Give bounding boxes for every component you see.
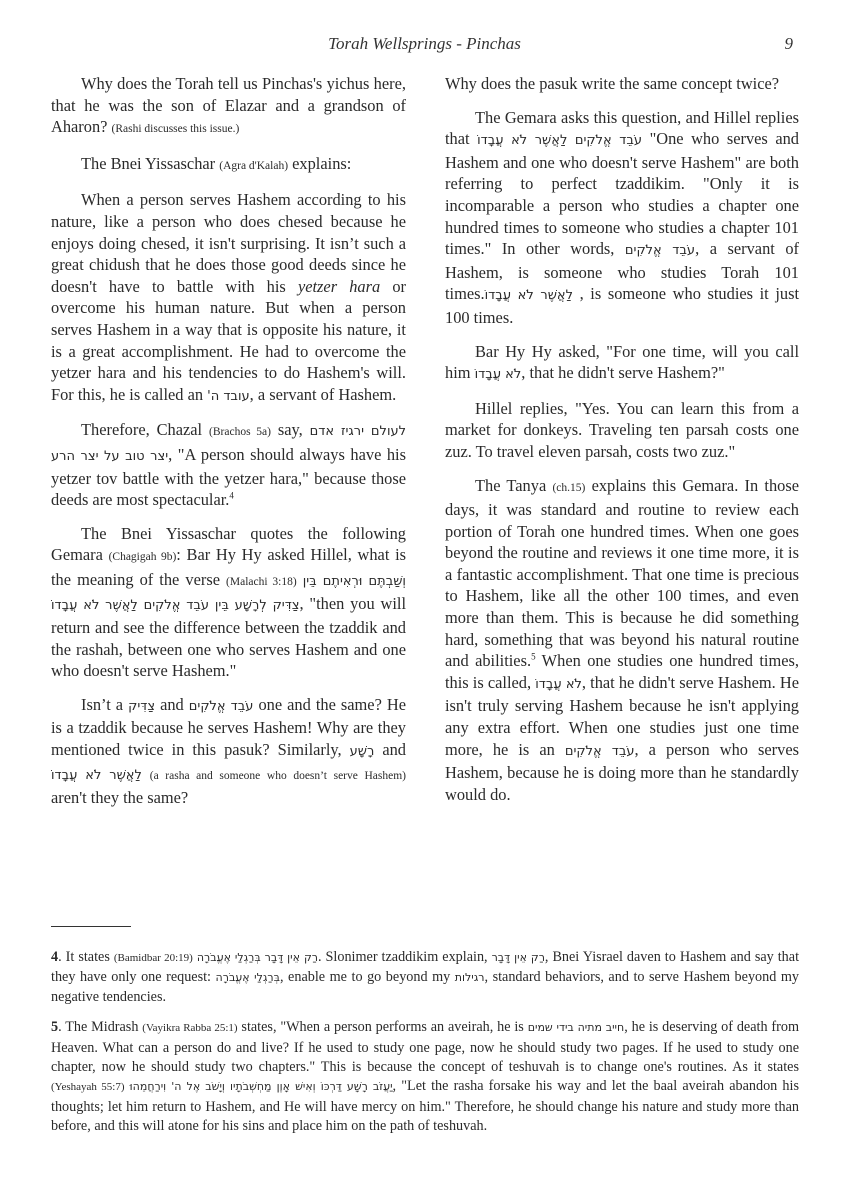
hebrew-text: עֹבֵד אֱלֹקִים (565, 744, 635, 759)
footnotes: 4. It states (Bamidbar 20:19) רַק אֵין ד… (51, 948, 799, 1148)
paragraph: The Tanya (ch.15) explains this Gemara. … (445, 475, 799, 806)
right-column: Why does the pasuk write the same concep… (445, 73, 799, 817)
source-citation: (Brachos 5a) (209, 426, 271, 438)
running-header: Torah Wellsprings - Pinchas 9 (0, 34, 849, 58)
paragraph: Therefore, Chazal (Brachos 5a) say, לעול… (51, 419, 406, 510)
hebrew-text: צַדִּיק (128, 699, 155, 714)
hebrew-text: רַק אֵין דָּבָר בְּרַגְלַי אֶעֱבֹרָה (197, 951, 318, 964)
paragraph-text: The Tanya (475, 476, 552, 495)
footnote-ref[interactable]: 4 (229, 491, 234, 501)
paragraph-text: aren't they the same? (51, 788, 188, 807)
source-citation: (Rashi discusses this issue.) (112, 123, 240, 135)
left-column: Why does the Torah tell us Pinchas's yic… (51, 73, 406, 821)
source-citation: (Yeshayah 55:7) (51, 1081, 125, 1093)
source-citation: (a rasha and someone who doesn’t serve H… (150, 770, 406, 782)
italic-term: yetzer hara (298, 277, 380, 296)
hebrew-text: רגילות (455, 971, 485, 984)
hebrew-text: רָשָׁע (350, 744, 375, 759)
paragraph-text: Therefore, Chazal (81, 420, 209, 439)
footnote-text: . The Midrash (58, 1019, 142, 1035)
paragraph-text: explains this Gemara. In those days, it … (445, 476, 799, 671)
paragraph: Bar Hy Hy asked, "For one time, will you… (445, 341, 799, 386)
hebrew-text: לַאֲשֶׁר לֹא עֲבָדוֹ (51, 768, 142, 783)
source-citation: (ch.15) (552, 482, 585, 494)
hebrew-text: רַק אֵין דָּבָר (492, 951, 545, 964)
paragraph-text: and (155, 695, 189, 714)
hebrew-text: עֹבֵד אֱלֹקִים (189, 699, 254, 714)
paragraph: The Bnei Yissaschar (Agra d'Kalah) expla… (51, 153, 406, 178)
paragraph: Why does the Torah tell us Pinchas's yic… (51, 73, 406, 141)
source-citation: (Agra d'Kalah) (219, 160, 288, 172)
hebrew-text: יַעֲזֹב רָשָׁע דַּרְכּוֹ וְאִישׁ אָוֶן מ… (130, 1080, 393, 1093)
paragraph: The Gemara asks this question, and Hille… (445, 107, 799, 329)
hebrew-text: עובד ה' (207, 389, 250, 404)
paragraph-text: and (374, 740, 406, 759)
footnote-text: . Slonimer tzaddikim explain, (318, 949, 492, 965)
hebrew-text: חייב מתיה בידי שמים (528, 1021, 625, 1034)
source-citation: (Bamidbar 20:19) (114, 952, 193, 964)
hebrew-text: לֹא עֲבָדוֹ (535, 677, 582, 692)
paragraph-text: , a servant of Hashem. (250, 385, 397, 404)
spacer (142, 764, 150, 783)
paragraph-text: Hillel replies, "Yes. You can learn this… (445, 399, 799, 461)
paragraph-text: explains: (288, 154, 351, 173)
book-title: Torah Wellsprings - Pinchas (0, 34, 849, 54)
paragraph: Hillel replies, "Yes. You can learn this… (445, 398, 799, 463)
footnote-text: , enable me to go beyond my (280, 969, 455, 985)
paragraph-text: say, (271, 420, 310, 439)
paragraph: Why does the pasuk write the same concep… (445, 73, 799, 95)
hebrew-text: עֹבֵד אֱלֹקִים (625, 243, 695, 258)
paragraph-text: The Bnei Yissaschar (81, 154, 219, 173)
hebrew-text: עֹבֵד אֱלֹקִים לַאֲשֶׁר לֹא עֲבָדוֹ (477, 133, 642, 148)
footnote-text: states, "When a person performs an aveir… (238, 1019, 528, 1035)
paragraph: The Bnei Yissaschar quotes the following… (51, 523, 406, 682)
source-citation: (Vayikra Rabba 25:1) (142, 1022, 237, 1034)
footnote-divider (51, 926, 131, 927)
paragraph-text: Isn’t a (81, 695, 128, 714)
paragraph-text: , that he didn't serve Hashem?" (521, 363, 725, 382)
source-citation: (Chagigah 9b) (109, 551, 177, 563)
footnote-4: 4. It states (Bamidbar 20:19) רַק אֵין ד… (51, 948, 799, 1007)
hebrew-text: בְּרַגְלַי אֶעֱבֹרָה (216, 971, 280, 984)
source-citation: (Malachi 3:18) (226, 576, 297, 588)
footnote-5: 5. The Midrash (Vayikra Rabba 25:1) stat… (51, 1018, 799, 1136)
paragraph: When a person serves Hashem according to… (51, 189, 406, 407)
hebrew-text: לֹא עֲבָדוֹ (475, 367, 522, 382)
hebrew-text: לַאֲשֶׁר לֹא עֲבָדוֹ (485, 288, 573, 303)
paragraph: Isn’t a צַדִּיק and עֹבֵד אֱלֹקִים one a… (51, 694, 406, 809)
footnote-text: . It states (58, 949, 114, 965)
page-number: 9 (785, 34, 794, 54)
paragraph-text: Why does the pasuk write the same concep… (445, 74, 779, 93)
